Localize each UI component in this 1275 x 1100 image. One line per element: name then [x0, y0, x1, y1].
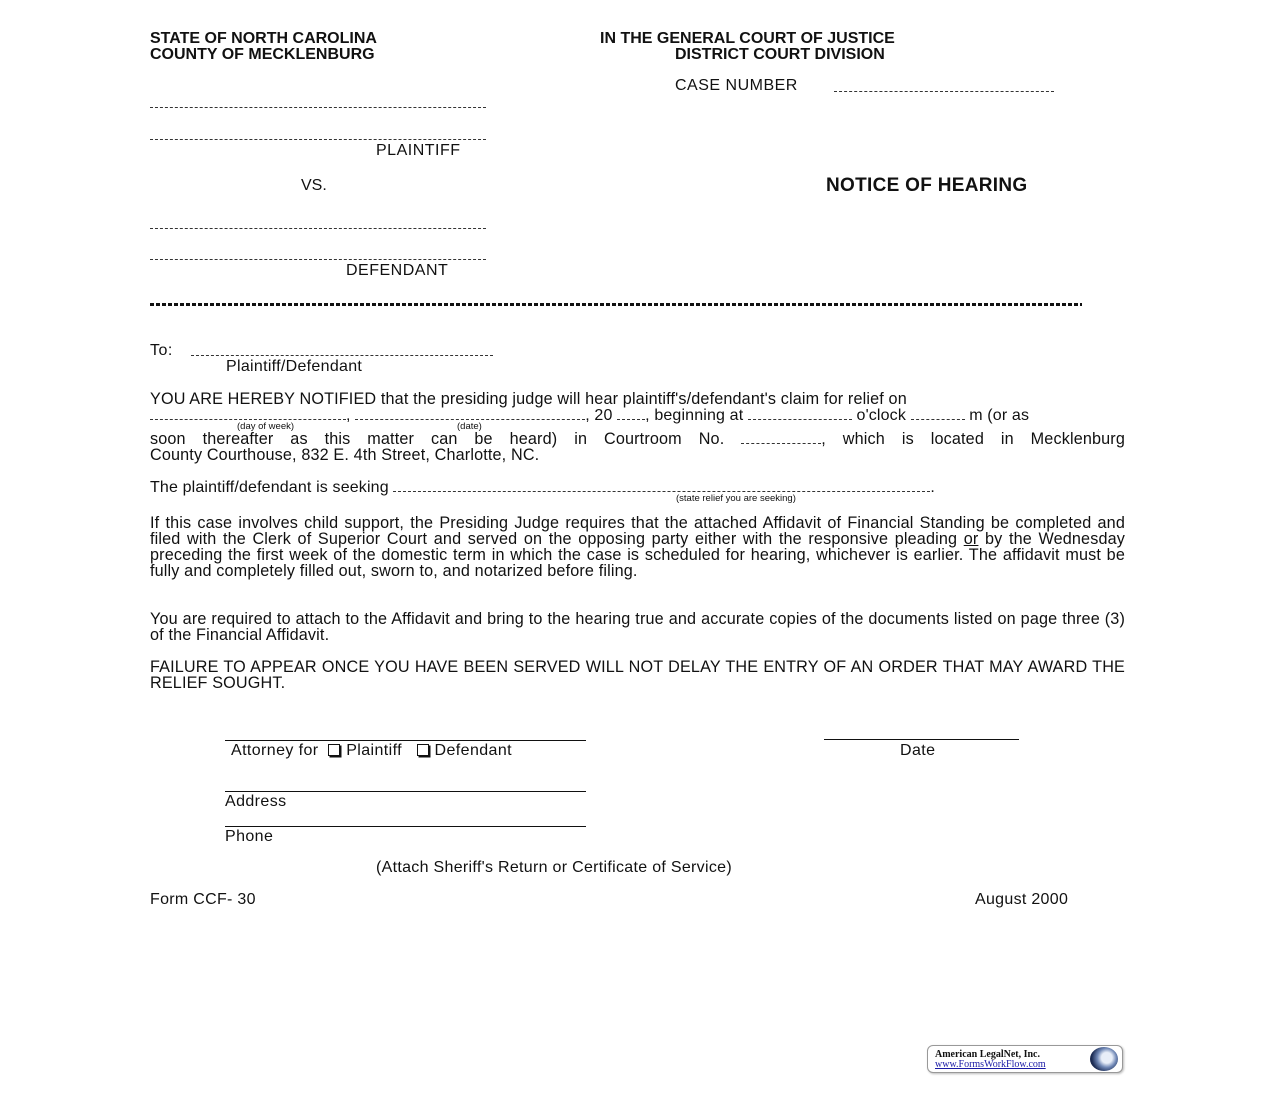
attorney-for-label: Attorney for	[231, 742, 319, 759]
checkbox-icon[interactable]	[417, 744, 429, 756]
child-support-paragraph: If this case involves child support, the…	[150, 515, 1125, 579]
address-label: Address	[225, 794, 287, 810]
attach-service-note: (Attach Sheriff's Return or Certificate …	[376, 860, 732, 876]
seeking-label: The plaintiff/defendant is seeking	[150, 479, 389, 496]
globe-logo-icon	[1090, 1047, 1118, 1071]
county-heading: COUNTY OF MECKLENBURG	[150, 47, 375, 63]
division-heading: DISTRICT COURT DIVISION	[675, 47, 885, 63]
phone-label: Phone	[225, 829, 273, 845]
oclock-text: o'clock	[857, 407, 906, 424]
checkbox-icon[interactable]	[328, 744, 340, 756]
m-or-as-text: m (or as	[969, 407, 1029, 424]
state-heading: STATE OF NORTH CAROLINA	[150, 31, 377, 47]
to-sublabel: Plaintiff/Defendant	[226, 359, 362, 375]
courtroom-number-field[interactable]	[741, 431, 821, 444]
notice-line-3: soon thereafter as this matter can be he…	[150, 431, 1125, 447]
case-number-field[interactable]	[834, 91, 1054, 92]
time-field[interactable]	[748, 407, 852, 420]
defendant-name-line-1[interactable]	[150, 228, 486, 229]
defendant-option-label: Defendant	[435, 742, 512, 759]
to-label: To:	[150, 343, 173, 359]
attach-documents-paragraph: You are required to attach to the Affida…	[150, 611, 1125, 643]
document-title: NOTICE OF HEARING	[826, 176, 1027, 195]
relief-sought-field[interactable]	[393, 479, 930, 492]
date-label: Date	[900, 743, 935, 759]
am-pm-field[interactable]	[911, 407, 965, 420]
day-of-week-field[interactable]	[150, 407, 346, 420]
case-number-label: CASE NUMBER	[675, 78, 798, 94]
plaintiff-label: PLAINTIFF	[376, 143, 461, 159]
seeking-line: The plaintiff/defendant is seeking .	[150, 479, 935, 496]
plaintiff-name-line-1[interactable]	[150, 107, 486, 108]
defendant-name-line-2[interactable]	[150, 259, 486, 260]
relief-hint: (state relief you are seeking)	[676, 494, 796, 504]
attorney-signature-line[interactable]	[225, 740, 586, 741]
vs-label: VS.	[301, 178, 327, 194]
plaintiff-name-line-2[interactable]	[150, 139, 486, 140]
plaintiff-option-label: Plaintiff	[346, 742, 402, 759]
comma: ,	[346, 407, 351, 424]
date-signature-line[interactable]	[824, 739, 1019, 740]
section-divider	[150, 303, 1082, 306]
revision-date: August 2000	[975, 892, 1068, 908]
failure-warning: FAILURE TO APPEAR ONCE YOU HAVE BEEN SER…	[150, 659, 1125, 691]
notice-line-4: County Courthouse, 832 E. 4th Street, Ch…	[150, 447, 1125, 463]
date-field[interactable]	[355, 407, 585, 420]
defendant-label: DEFENDANT	[346, 263, 448, 279]
phone-line[interactable]	[225, 826, 586, 827]
beginning-at-text: , beginning at	[645, 407, 743, 424]
defendant-option[interactable]: Defendant	[417, 742, 512, 759]
year-prefix: , 20	[585, 407, 612, 424]
form-id: Form CCF- 30	[150, 892, 256, 908]
publisher-badge[interactable]: American LegalNet, Inc. www.FormsWorkFlo…	[927, 1045, 1123, 1073]
location-text: , which is located in Mecklenburg	[821, 430, 1125, 448]
attorney-for-row: Attorney for Plaintiff Defendant	[231, 743, 512, 759]
to-recipient-field[interactable]	[191, 355, 493, 356]
plaintiff-option[interactable]: Plaintiff	[328, 742, 402, 759]
address-line[interactable]	[225, 791, 586, 792]
publisher-link[interactable]: www.FormsWorkFlow.com	[935, 1059, 1046, 1070]
period: .	[930, 479, 935, 496]
court-heading: IN THE GENERAL COURT OF JUSTICE	[600, 31, 895, 47]
notice-line-1: YOU ARE HEREBY NOTIFIED that the presidi…	[150, 391, 1125, 407]
year-field[interactable]	[617, 407, 645, 420]
